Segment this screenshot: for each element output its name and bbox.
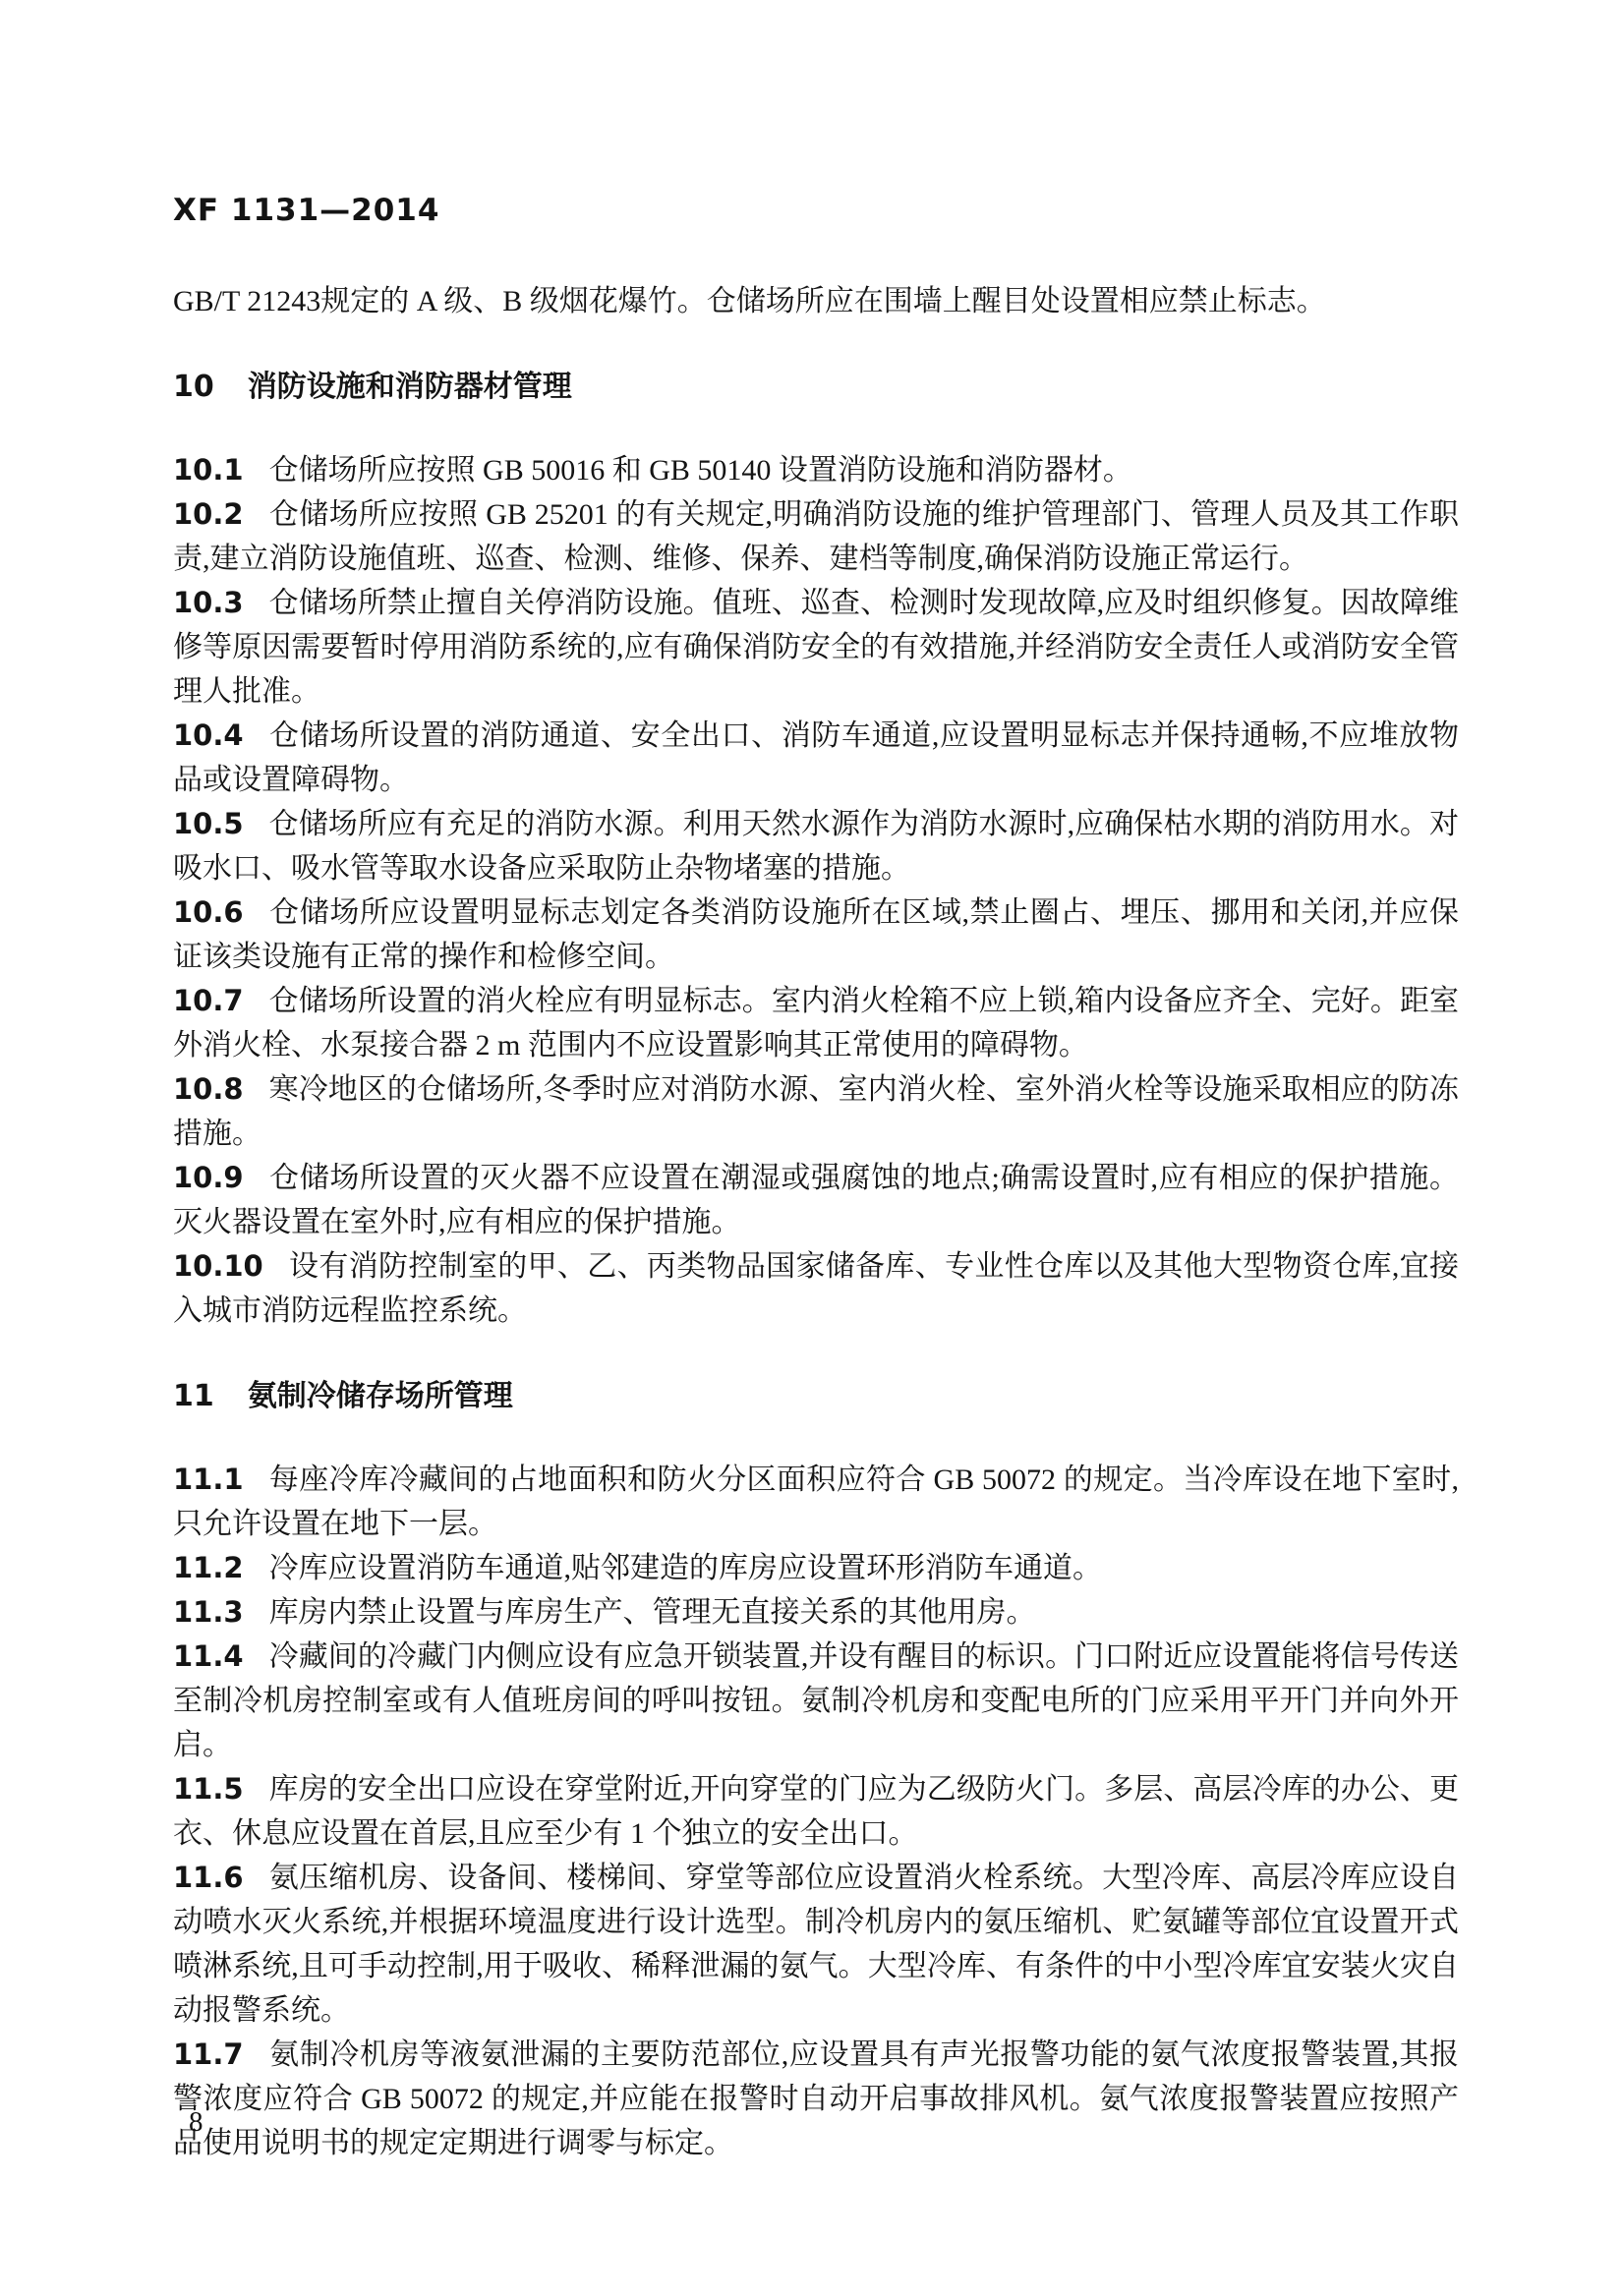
clause-11-4: 11.4冷藏间的冷藏门内侧应设有应急开锁装置,并设有醒目的标识。门口附近应设置能… (173, 1635, 1459, 1767)
clause-text: 冷藏间的冷藏门内侧应设有应急开锁装置,并设有醒目的标识。门口附近应设置能将信号传… (173, 1640, 1459, 1761)
clause-text: 仓储场所设置的消火栓应有明显标志。室内消火栓箱不应上锁,箱内设备应齐全、完好。距… (173, 985, 1459, 1062)
page-content: XF 1131—2014 GB/T 21243规定的 A 级、B 级烟花爆竹。仓… (173, 193, 1459, 2165)
clause-number: 10.8 (173, 1072, 244, 1106)
clause-text: 仓储场所应按照 GB 50016 和 GB 50140 设置消防设施和消防器材。 (269, 454, 1132, 487)
clause-text: 仓储场所应有充足的消防水源。利用天然水源作为消防水源时,应确保枯水期的消防用水。… (173, 808, 1459, 885)
clause-10-8: 10.8寒冷地区的仓储场所,冬季时应对消防水源、室内消火栓、室外消火栓等设施采取… (173, 1067, 1459, 1156)
clause-number: 11.7 (173, 2038, 244, 2071)
clause-10-4: 10.4仓储场所设置的消防通道、安全出口、消防车通道,应设置明显标志并保持通畅,… (173, 714, 1459, 802)
clause-number: 10.2 (173, 497, 244, 531)
clause-11-5: 11.5库房的安全出口应设在穿堂附近,开向穿堂的门应为乙级防火门。多层、高层冷库… (173, 1767, 1459, 1856)
section-10-heading: 10消防设施和消防器材管理 (173, 365, 1459, 409)
intro-paragraph: GB/T 21243规定的 A 级、B 级烟花爆竹。仓储场所应在围墙上醒目处设置… (173, 279, 1459, 323)
clause-10-9: 10.9仓储场所设置的灭火器不应设置在潮湿或强腐蚀的地点;确需设置时,应有相应的… (173, 1156, 1459, 1244)
clause-number: 10.3 (173, 586, 244, 619)
section-11-title: 氨制冷储存场所管理 (248, 1379, 513, 1413)
clause-number: 10.1 (173, 453, 244, 487)
clause-10-2: 10.2仓储场所应按照 GB 25201 的有关规定,明确消防设施的维护管理部门… (173, 492, 1459, 581)
clause-text: 库房内禁止设置与库房生产、管理无直接关系的其他用房。 (269, 1596, 1036, 1629)
clause-number: 11.6 (173, 1861, 244, 1894)
clause-number: 10.10 (173, 1249, 263, 1283)
clause-10-7: 10.7仓储场所设置的消火栓应有明显标志。室内消火栓箱不应上锁,箱内设备应齐全、… (173, 979, 1459, 1067)
clause-text: 氨制冷机房等液氨泄漏的主要防范部位,应设置具有声光报警功能的氨气浓度报警装置,其… (173, 2038, 1459, 2159)
clause-10-3: 10.3仓储场所禁止擅自关停消防设施。值班、巡查、检测时发现故障,应及时组织修复… (173, 581, 1459, 714)
document-page: XF 1131—2014 GB/T 21243规定的 A 级、B 级烟花爆竹。仓… (0, 0, 1623, 2296)
clause-number: 10.4 (173, 718, 244, 752)
clause-11-6: 11.6氨压缩机房、设备间、楼梯间、穿堂等部位应设置消火栓系统。大型冷库、高层冷… (173, 1856, 1459, 2033)
clause-11-7: 11.7氨制冷机房等液氨泄漏的主要防范部位,应设置具有声光报警功能的氨气浓度报警… (173, 2033, 1459, 2165)
clause-number: 11.5 (173, 1772, 244, 1806)
page-number: 8 (189, 2105, 203, 2139)
section-10-number: 10 (173, 370, 214, 404)
intro-text: GB/T 21243规定的 A 级、B 级烟花爆竹。仓储场所应在围墙上醒目处设置… (173, 285, 1326, 317)
clause-text: 设有消防控制室的甲、乙、丙类物品国家储备库、专业性仓库以及其他大型物资仓库,宜接… (173, 1250, 1459, 1327)
clause-text: 每座冷库冷藏间的占地面积和防火分区面积应符合 GB 50072 的规定。当冷库设… (173, 1464, 1459, 1540)
clause-text: 冷库应设置消防车通道,贴邻建造的库房应设置环形消防车通道。 (269, 1552, 1103, 1584)
clause-number: 11.1 (173, 1463, 244, 1496)
section-11-number: 11 (173, 1379, 214, 1413)
clause-11-3: 11.3库房内禁止设置与库房生产、管理无直接关系的其他用房。 (173, 1590, 1459, 1635)
clause-10-1: 10.1仓储场所应按照 GB 50016 和 GB 50140 设置消防设施和消… (173, 448, 1459, 492)
clause-text: 氨压缩机房、设备间、楼梯间、穿堂等部位应设置消火栓系统。大型冷库、高层冷库应设自… (173, 1862, 1459, 2027)
clause-text: 仓储场所禁止擅自关停消防设施。值班、巡查、检测时发现故障,应及时组织修复。因故障… (173, 587, 1459, 708)
section-10-title: 消防设施和消防器材管理 (248, 370, 572, 404)
clause-number: 10.6 (173, 895, 244, 929)
clause-text: 仓储场所设置的消防通道、安全出口、消防车通道,应设置明显标志并保持通畅,不应堆放… (173, 719, 1459, 796)
clause-number: 11.4 (173, 1639, 244, 1673)
clause-11-2: 11.2冷库应设置消防车通道,贴邻建造的库房应设置环形消防车通道。 (173, 1546, 1459, 1590)
clause-text: 仓储场所应设置明显标志划定各类消防设施所在区域,禁止圈占、埋压、挪用和关闭,并应… (173, 896, 1459, 973)
clause-text: 仓储场所应按照 GB 25201 的有关规定,明确消防设施的维护管理部门、管理人… (173, 498, 1459, 575)
clause-text: 寒冷地区的仓储场所,冬季时应对消防水源、室内消火栓、室外消火栓等设施采取相应的防… (173, 1073, 1459, 1150)
clause-number: 11.2 (173, 1551, 244, 1584)
section-11-heading: 11氨制冷储存场所管理 (173, 1374, 1459, 1418)
doc-code: XF 1131—2014 (173, 193, 1459, 228)
clause-number: 10.9 (173, 1161, 244, 1194)
clause-number: 10.7 (173, 984, 244, 1017)
clause-text: 库房的安全出口应设在穿堂附近,开向穿堂的门应为乙级防火门。多层、高层冷库的办公、… (173, 1773, 1459, 1850)
clause-number: 11.3 (173, 1595, 244, 1629)
clause-10-5: 10.5仓储场所应有充足的消防水源。利用天然水源作为消防水源时,应确保枯水期的消… (173, 802, 1459, 890)
clause-number: 10.5 (173, 807, 244, 840)
clause-10-6: 10.6仓储场所应设置明显标志划定各类消防设施所在区域,禁止圈占、埋压、挪用和关… (173, 890, 1459, 979)
clause-10-10: 10.10设有消防控制室的甲、乙、丙类物品国家储备库、专业性仓库以及其他大型物资… (173, 1244, 1459, 1333)
clause-11-1: 11.1每座冷库冷藏间的占地面积和防火分区面积应符合 GB 50072 的规定。… (173, 1458, 1459, 1546)
clause-text: 仓储场所设置的灭火器不应设置在潮湿或强腐蚀的地点;确需设置时,应有相应的保护措施… (173, 1162, 1459, 1238)
